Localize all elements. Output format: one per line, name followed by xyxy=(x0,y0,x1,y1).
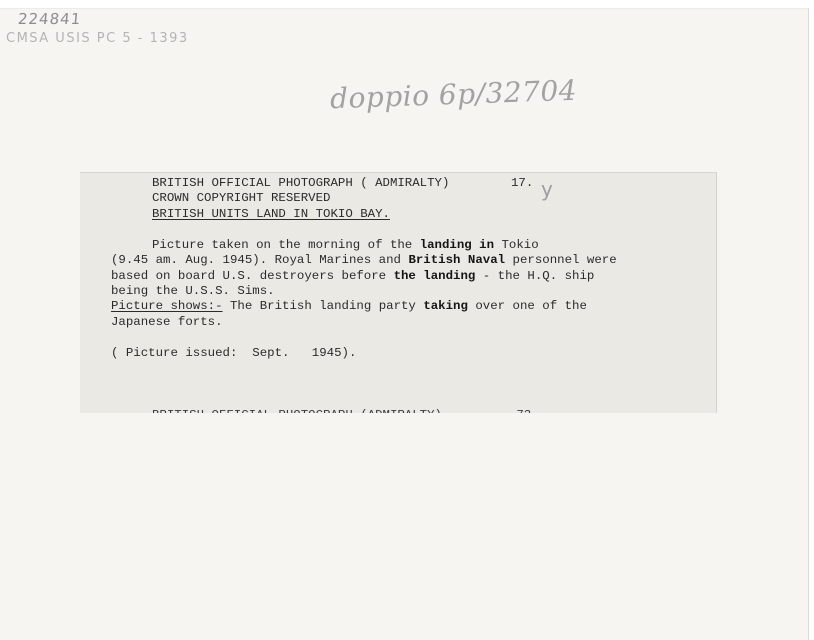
pencil-archive-reference: CMSA USIS PC 5 - 1393 xyxy=(6,31,189,46)
caption-picture-shows: Picture shows:- The British landing part… xyxy=(111,300,587,312)
caption-number: 17. xyxy=(511,177,533,189)
caption-body-line-4: being the U.S.S. Sims. xyxy=(111,285,275,297)
caption-body-line-2: (9.45 am. Aug. 1945). Royal Marines and … xyxy=(111,254,617,266)
caption-headline: BRITISH UNITS LAND IN TOKIO BAY. xyxy=(152,208,390,220)
handwritten-mark: y xyxy=(541,177,553,201)
caption-issued-date: ( Picture issued: Sept. 1945). xyxy=(111,347,356,359)
caption-copyright: CROWN COPYRIGHT RESERVED xyxy=(152,192,330,204)
caption-label: BRITISH OFFICIAL PHOTOGRAPH ( ADMIRALTY)… xyxy=(80,172,717,413)
caption-header-line: BRITISH OFFICIAL PHOTOGRAPH ( ADMIRALTY) xyxy=(152,177,449,189)
picture-shows-label: Picture shows:- xyxy=(111,299,223,313)
caption-truncated-line: BRITISH OFFICIAL PHOTOGRAPH (ADMIRALTY) … xyxy=(152,409,531,413)
caption-body-line-3: based on board U.S. destroyers before th… xyxy=(111,270,594,282)
pencil-inventory-number: 224841 xyxy=(17,10,82,28)
caption-body-line-1: Picture taken on the morning of the land… xyxy=(152,239,539,251)
caption-picture-shows-line-2: Japanese forts. xyxy=(111,316,223,328)
